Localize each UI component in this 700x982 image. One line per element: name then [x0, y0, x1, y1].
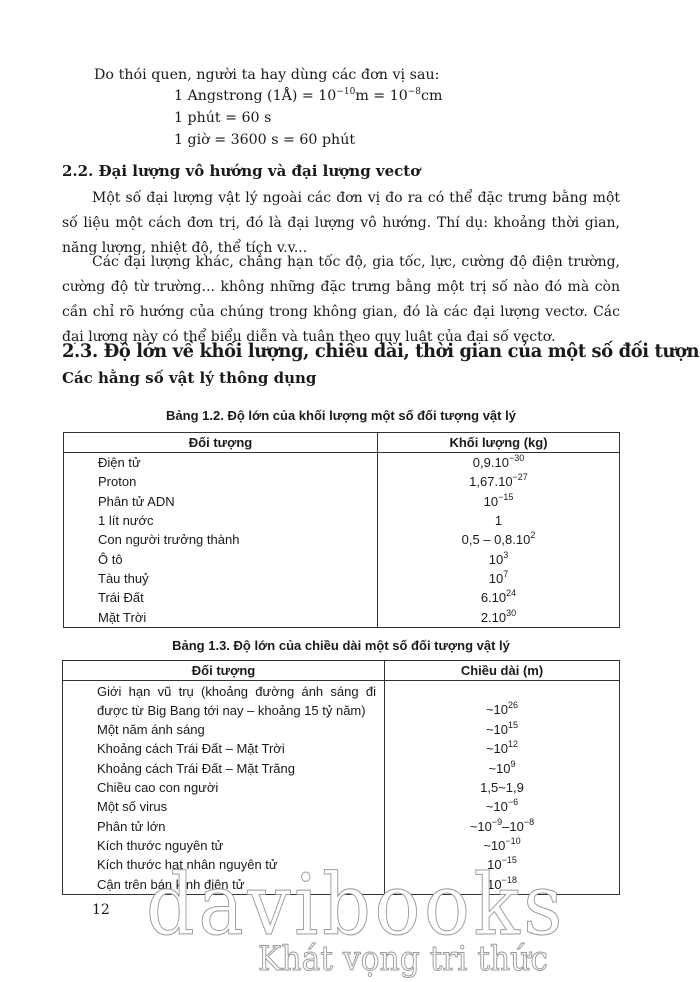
cell-mass: 6.1024 [378, 588, 620, 607]
length-exponent-2: −8 [524, 817, 534, 827]
cell-length: ~10−9–10−8 [385, 816, 620, 835]
length-exponent: 15 [508, 720, 518, 730]
length-base-2: –10 [502, 819, 524, 834]
length-exponent: −6 [508, 797, 518, 807]
cell-length: ~1015 [385, 720, 620, 739]
length-base: ~10 [483, 838, 505, 853]
cell-object: Kích thước hạt nhân nguyên tử [63, 855, 385, 874]
header-length: Chiều dài (m) [385, 661, 620, 681]
object-name: Chiều cao con người [97, 780, 218, 795]
mass-base: 0,5 – 0,8.10 [462, 532, 531, 547]
length-base: ~10 [486, 799, 508, 814]
header-object: Đối tượng [64, 433, 378, 453]
mass-exponent: 3 [503, 550, 508, 560]
unit-angstrom-exp1: −10 [336, 87, 355, 97]
length-exponent: −9 [492, 817, 502, 827]
length-base: ~10 [486, 722, 508, 737]
mass-exponent: 30 [506, 608, 516, 618]
cell-object: Kích thước nguyên tử [63, 836, 385, 855]
cell-length: ~1026 [385, 681, 620, 721]
table-row: Chiều cao con người1,5~1,9 [63, 778, 620, 797]
cell-object: Mặt Trời [64, 607, 378, 627]
table-row: Kích thước nguyên tử~10−10 [63, 836, 620, 855]
cell-mass: 107 [378, 569, 620, 588]
cell-object: Phân tử ADN [64, 492, 378, 511]
object-name: Proton [98, 474, 136, 489]
cell-mass: 0,9.10−30 [378, 453, 620, 473]
header-mass: Khối lượng (kg) [378, 433, 620, 453]
table-row: Một năm ánh sáng~1015 [63, 720, 620, 739]
mass-exponent: −30 [509, 453, 524, 463]
table-header-row: Đối tượng Chiều dài (m) [63, 661, 620, 681]
page-number: 12 [92, 902, 110, 918]
header-object: Đối tượng [63, 661, 385, 681]
object-name: Một số virus [97, 799, 167, 814]
object-name: Ô tô [98, 552, 123, 567]
unit-minute: 1 phút = 60 s [174, 110, 271, 126]
unit-angstrom-mid: m = 10 [355, 88, 407, 104]
table-row: Phân tử ADN10−15 [64, 492, 620, 511]
mass-base: 2.10 [481, 610, 506, 625]
cell-object: Giới hạn vũ trụ (khoảng đường ánh sáng đ… [63, 681, 385, 721]
table-row: Khoảng cách Trái Đất – Mặt Trời~1012 [63, 739, 620, 758]
length-exponent: 26 [508, 700, 518, 710]
length-base: 10 [487, 877, 501, 892]
cell-length: 10−15 [385, 855, 620, 874]
mass-exponent: −27 [513, 472, 528, 482]
mass-exponent: −15 [498, 492, 513, 502]
cell-object: Cận trên bán kính điện tử [63, 874, 385, 894]
mass-base: 0,9.10 [473, 455, 509, 470]
object-name: Mặt Trời [98, 610, 146, 625]
section-2-2-heading: 2.2. Đại lượng vô hướng và đại lượng vec… [62, 162, 420, 180]
table-row: Trái Đất6.1024 [64, 588, 620, 607]
table-row: Cận trên bán kính điện tử10−18 [63, 874, 620, 894]
object-name: Cận trên bán kính điện tử [97, 877, 244, 892]
unit-angstrom: 1 Angstrong (1Å) = 10−10m = 10−8cm [174, 88, 442, 104]
cell-object: Trái Đất [64, 588, 378, 607]
mass-exponent: 2 [530, 530, 535, 540]
book-page: Do thói quen, người ta hay dùng các đơn … [0, 0, 700, 982]
table-row: Phân tử lớn~10−9–10−8 [63, 816, 620, 835]
mass-base: 1,67.10 [469, 474, 512, 489]
object-name: Khoảng cách Trái Đất – Mặt Trời [97, 741, 285, 756]
cell-object: Tàu thuỷ [64, 569, 378, 588]
cell-length: 10−18 [385, 874, 620, 894]
table-row: Khoảng cách Trái Đất – Mặt Trăng~109 [63, 759, 620, 778]
mass-base: 10 [489, 552, 503, 567]
cell-length: ~1012 [385, 739, 620, 758]
table-row: 1 lít nước1 [64, 511, 620, 530]
cell-length: ~10−10 [385, 836, 620, 855]
table-1-2-caption: Bảng 1.2. Độ lớn của khối lượng một số đ… [62, 408, 620, 423]
table-row: Mặt Trời2.1030 [64, 607, 620, 627]
object-name: Con người trưởng thành [98, 532, 239, 547]
object-name: Một năm ánh sáng [97, 722, 205, 737]
length-exponent: 9 [511, 759, 516, 769]
table-row: Proton1,67.10−27 [64, 472, 620, 491]
object-name: Giới hạn vũ trụ (khoảng đường ánh sáng đ… [97, 684, 376, 718]
length-exponent: 12 [508, 739, 518, 749]
cell-mass: 103 [378, 549, 620, 568]
section-2-2-paragraph-2: Các đại lượng khác, chẳng hạn tốc độ, gi… [62, 250, 620, 350]
mass-base: 10 [489, 571, 503, 586]
table-row: Con người trưởng thành0,5 – 0,8.102 [64, 530, 620, 549]
object-name: Trái Đất [98, 590, 144, 605]
length-base: ~10 [470, 819, 492, 834]
length-exponent: −10 [505, 836, 520, 846]
object-name: Kích thước hạt nhân nguyên tử [97, 857, 278, 872]
object-name: Điện tử [98, 455, 141, 470]
length-base: ~10 [488, 761, 510, 776]
mass-exponent: 7 [503, 569, 508, 579]
cell-mass: 0,5 – 0,8.102 [378, 530, 620, 549]
mass-exponent: 24 [506, 588, 516, 598]
watermark-slogan: Khát vọng tri thức [258, 939, 548, 979]
object-name: Khoảng cách Trái Đất – Mặt Trăng [97, 761, 295, 776]
cell-length: ~10−6 [385, 797, 620, 816]
cell-object: Ô tô [64, 549, 378, 568]
table-row: Tàu thuỷ107 [64, 569, 620, 588]
length-base: ~10 [486, 702, 508, 717]
cell-object: Khoảng cách Trái Đất – Mặt Trời [63, 739, 385, 758]
cell-mass: 1,67.10−27 [378, 472, 620, 491]
cell-object: Proton [64, 472, 378, 491]
mass-base: 6.10 [481, 590, 506, 605]
length-exponent: −18 [502, 875, 517, 885]
object-name: Phân tử ADN [98, 494, 175, 509]
cell-length: 1,5~1,9 [385, 778, 620, 797]
object-name: Tàu thuỷ [98, 571, 149, 586]
table-row: Kích thước hạt nhân nguyên tử10−15 [63, 855, 620, 874]
table-mass: Đối tượng Khối lượng (kg) Điện tử0,9.10−… [63, 432, 620, 628]
table-row: Điện tử0,9.10−30 [64, 453, 620, 473]
cell-object: Khoảng cách Trái Đất – Mặt Trăng [63, 759, 385, 778]
table-row: Ô tô103 [64, 549, 620, 568]
length-exponent: −15 [502, 855, 517, 865]
cell-mass: 10−15 [378, 492, 620, 511]
cell-mass: 1 [378, 511, 620, 530]
cell-object: Con người trưởng thành [64, 530, 378, 549]
table-length: Đối tượng Chiều dài (m) Giới hạn vũ trụ … [62, 660, 620, 895]
object-name: Phân tử lớn [97, 819, 166, 834]
table-1-3-caption: Bảng 1.3. Độ lớn của chiều dài một số đố… [62, 638, 620, 653]
section-2-3-heading: 2.3. Độ lớn về khối lượng, chiều dài, th… [62, 340, 700, 362]
cell-object: Điện tử [64, 453, 378, 473]
cell-length: ~109 [385, 759, 620, 778]
intro-text: Do thói quen, người ta hay dùng các đơn … [94, 62, 440, 88]
unit-angstrom-rhs: cm [421, 88, 442, 104]
length-base: ~10 [486, 741, 508, 756]
cell-mass: 2.1030 [378, 607, 620, 627]
unit-angstrom-lhs: 1 Angstrong (1Å) = 10 [174, 88, 336, 104]
table-header-row: Đối tượng Khối lượng (kg) [64, 433, 620, 453]
section-2-3-subheading: Các hằng số vật lý thông dụng [62, 369, 316, 387]
object-name: 1 lít nước [98, 513, 154, 528]
cell-object: Phân tử lớn [63, 816, 385, 835]
cell-object: Chiều cao con người [63, 778, 385, 797]
unit-hour: 1 giờ = 3600 s = 60 phút [174, 132, 355, 148]
mass-base: 10 [484, 494, 498, 509]
unit-angstrom-exp2: −8 [408, 87, 421, 97]
cell-object: Một năm ánh sáng [63, 720, 385, 739]
table-row: Giới hạn vũ trụ (khoảng đường ánh sáng đ… [63, 681, 620, 721]
mass-base: 1 [495, 513, 502, 528]
cell-object: 1 lít nước [64, 511, 378, 530]
length-base: 1,5~1,9 [480, 780, 524, 795]
object-name: Kích thước nguyên tử [97, 838, 223, 853]
table-row: Một số virus~10−6 [63, 797, 620, 816]
length-base: 10 [487, 857, 501, 872]
cell-object: Một số virus [63, 797, 385, 816]
